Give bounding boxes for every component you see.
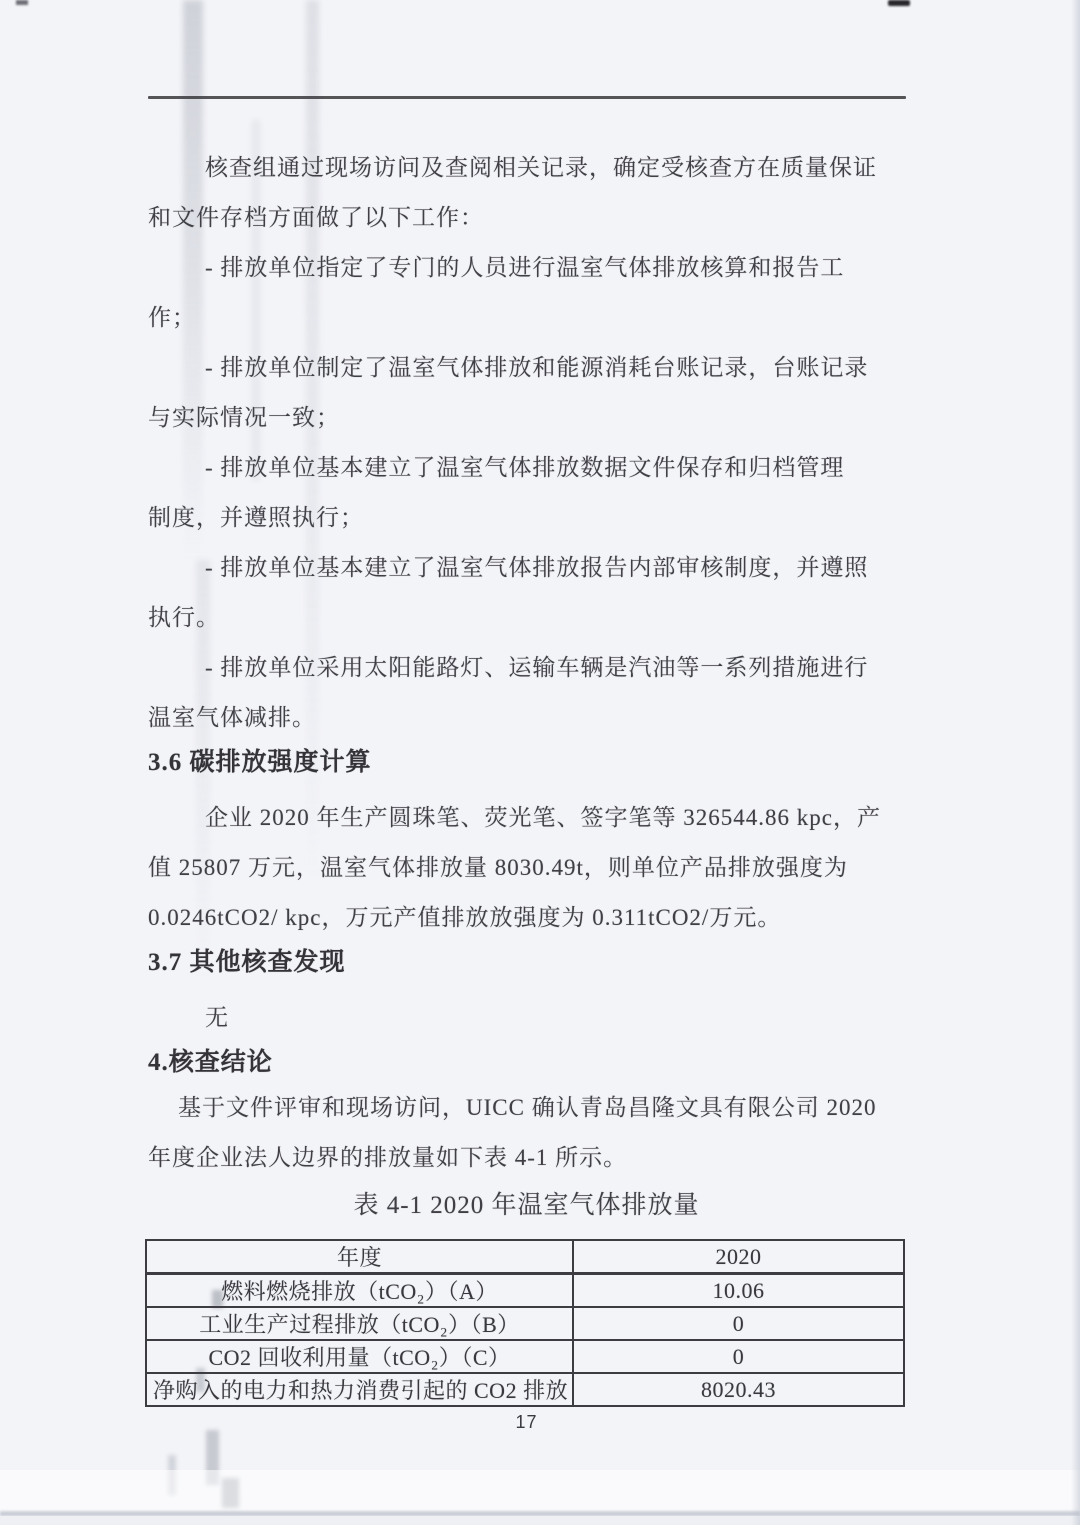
table-header-cell: 2020 [573,1240,904,1274]
emissions-table-body: 年度2020燃料燃烧排放（tCO₂）（A）10.06工业生产过程排放（tCO₂）… [146,1240,904,1406]
page-number: 17 [148,1409,905,1435]
scan-blot-artifact [888,0,910,6]
text-line: - 排放单位基本建立了温室气体排放报告内部审核制度，并遵照 [148,543,905,593]
scan-edge-artifact [0,1470,1080,1513]
scan-smudge-artifact [222,1478,239,1508]
text-line: 0.0246tCO2/ kpc，万元产值排放放强度为 0.311tCO2/万元。 [148,893,905,943]
table-label-cell: 燃料燃烧排放（tCO₂）（A） [146,1274,573,1308]
section-heading: 3.6 碳排放强度计算 [148,743,905,783]
scan-edge-artifact [1071,0,1080,1525]
table-header-row: 年度2020 [146,1240,904,1274]
table-header-cell: 年度 [146,1240,573,1274]
scan-smudge-artifact [206,1430,219,1485]
text-line: 制度，并遵照执行； [148,493,905,543]
text-line: 与实际情况一致； [148,393,905,443]
header-rule [148,96,906,99]
text-line: 作； [148,293,905,343]
table-label-cell: 工业生产过程排放（tCO₂）（B） [146,1307,573,1340]
emissions-table: 年度2020燃料燃烧排放（tCO₂）（A）10.06工业生产过程排放（tCO₂）… [145,1239,905,1407]
text-lines: 核查组通过现场访问及查阅相关记录，确定受核查方在质量保证和文件存档方面做了以下工… [148,143,905,1183]
section-heading: 3.7 其他核查发现 [148,943,905,983]
scan-smudge-artifact [168,1455,176,1495]
document-body: 核查组通过现场访问及查阅相关记录，确定受核查方在质量保证和文件存档方面做了以下工… [148,143,905,1435]
text-line: - 排放单位指定了专门的人员进行温室气体排放核算和报告工 [148,243,905,293]
text-line: 核查组通过现场访问及查阅相关记录，确定受核查方在质量保证 [148,143,905,193]
table-row: 燃料燃烧排放（tCO₂）（A）10.06 [146,1274,904,1308]
table-row: CO2 回收利用量（tCO₂）（C）0 [146,1340,904,1373]
text-line: 无 [148,993,905,1043]
text-line: 基于文件评审和现场访问，UICC 确认青岛昌隆文具有限公司 2020 [148,1083,905,1133]
table-value-cell: 10.06 [573,1274,904,1308]
table-row: 净购入的电力和热力消费引起的 CO2 排放8020.43 [146,1373,904,1406]
text-line: 企业 2020 年生产圆珠笔、荧光笔、签字笔等 326544.86 kpc，产 [148,793,905,843]
text-line: 和文件存档方面做了以下工作： [148,193,905,243]
table-value-cell: 0 [573,1307,904,1340]
text-line: 温室气体减排。 [148,693,905,743]
text-line: 执行。 [148,593,905,643]
text-line: - 排放单位采用太阳能路灯、运输车辆是汽油等一系列措施进行 [148,643,905,693]
text-line: 值 25807 万元，温室气体排放量 8030.49t，则单位产品排放强度为 [148,843,905,893]
text-line: 年度企业法人边界的排放量如下表 4-1 所示。 [148,1133,905,1183]
section-heading: 4.核查结论 [148,1043,905,1083]
table-value-cell: 8020.43 [573,1373,904,1406]
table-value-cell: 0 [573,1340,904,1373]
table-label-cell: CO2 回收利用量（tCO₂）（C） [146,1340,573,1373]
table-row: 工业生产过程排放（tCO₂）（B）0 [146,1307,904,1340]
scan-blot-artifact [16,0,28,5]
text-line: - 排放单位基本建立了温室气体排放数据文件保存和归档管理 [148,443,905,493]
text-line: - 排放单位制定了温室气体排放和能源消耗台账记录，台账记录 [148,343,905,393]
scan-edge-artifact [0,1511,1080,1516]
table-caption: 表 4-1 2020 年温室气体排放量 [148,1183,905,1229]
scan-edge-artifact [0,1516,1080,1525]
scanned-document-page: 核查组通过现场访问及查阅相关记录，确定受核查方在质量保证和文件存档方面做了以下工… [0,0,1080,1525]
table-label-cell: 净购入的电力和热力消费引起的 CO2 排放 [146,1373,573,1406]
